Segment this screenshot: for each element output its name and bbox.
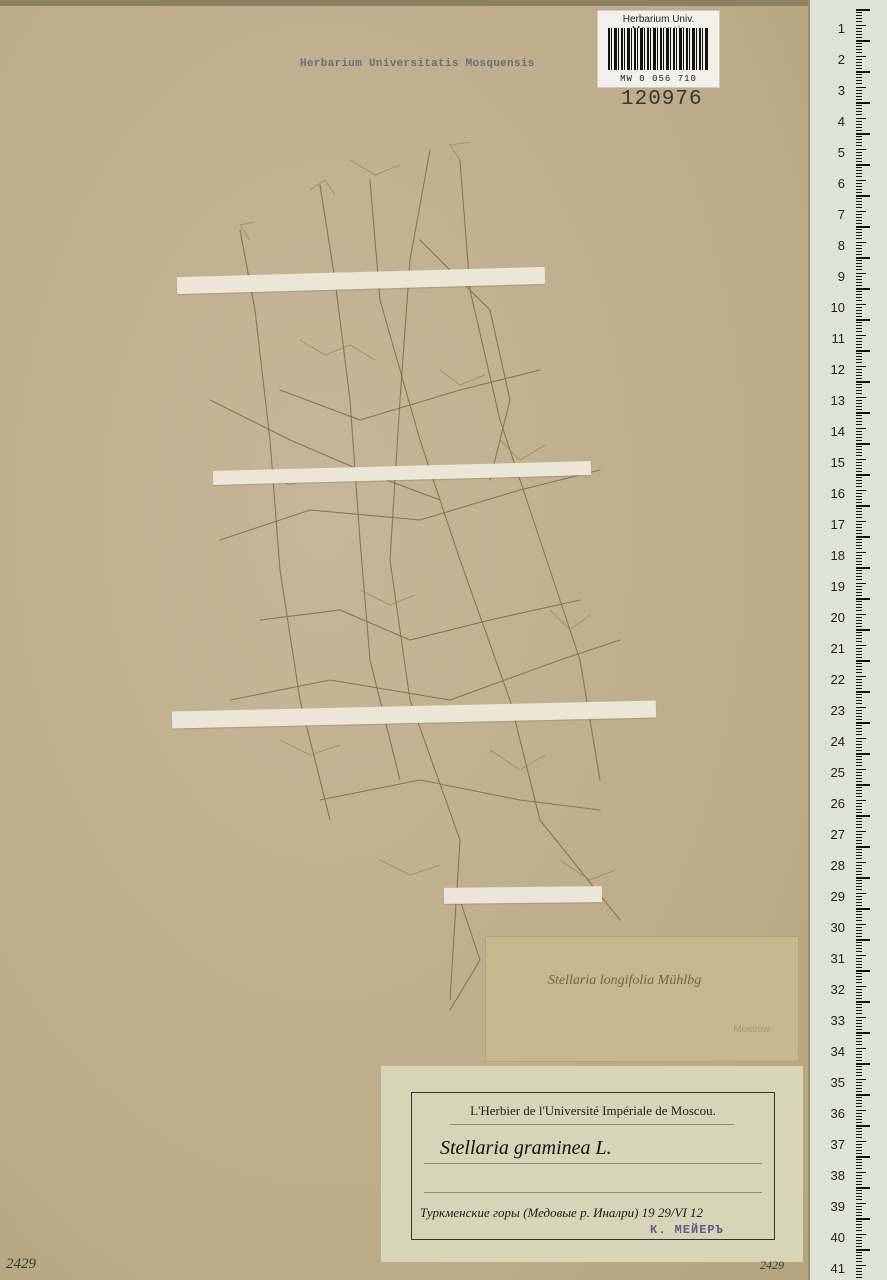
ruler-tick	[856, 350, 870, 352]
ruler-tick	[856, 468, 862, 469]
label-underline-3	[424, 1192, 762, 1193]
ruler-tick	[856, 474, 870, 476]
ruler-tick	[856, 989, 862, 990]
ruler-tick	[856, 446, 862, 447]
ruler-tick	[856, 592, 862, 593]
ruler-tick	[856, 598, 870, 600]
ruler-tick	[856, 893, 866, 894]
ruler-mark-label: 26	[815, 796, 845, 811]
ruler-tick	[856, 1007, 862, 1008]
ruler-tick	[856, 130, 862, 131]
ruler-tick	[856, 1134, 862, 1135]
ruler-tick	[856, 521, 866, 522]
ruler-mark-label: 33	[815, 1013, 845, 1028]
ruler-tick	[856, 970, 870, 972]
ruler-tick	[856, 1026, 862, 1027]
ruler-tick	[856, 821, 862, 822]
ruler-tick	[856, 700, 862, 701]
ruler-mark-label: 36	[815, 1106, 845, 1121]
ruler-tick	[856, 1277, 862, 1278]
ruler-tick	[856, 161, 862, 162]
ruler-tick	[856, 579, 862, 580]
ruler-tick	[856, 353, 862, 354]
ruler-tick	[856, 362, 862, 363]
ruler-tick	[856, 976, 862, 977]
ruler-tick	[856, 483, 862, 484]
ruler-tick	[856, 902, 862, 903]
ruler-tick	[856, 142, 862, 143]
ruler-tick	[856, 722, 870, 724]
ruler-tick	[856, 245, 862, 246]
ruler-tick	[856, 62, 862, 63]
ruler-tick	[856, 189, 862, 190]
ruler-mark-label: 29	[815, 889, 845, 904]
ruler-tick	[856, 1199, 862, 1200]
ruler-tick	[856, 1193, 862, 1194]
ruler-tick	[856, 927, 862, 928]
collector-stamp: К. МЕЙЕРЪ	[650, 1223, 724, 1237]
ruler-tick	[856, 753, 870, 755]
ruler-tick	[856, 1255, 862, 1256]
ruler-tick	[856, 769, 866, 770]
ruler-tick	[856, 238, 862, 239]
ruler-tick	[856, 1187, 870, 1189]
ruler-tick	[856, 180, 866, 181]
ruler-tick	[856, 939, 870, 941]
ruler-tick	[856, 418, 862, 419]
ruler-tick	[856, 552, 866, 553]
barcode-number: MW 0 056 710	[598, 74, 719, 84]
ruler-tick	[856, 790, 862, 791]
ruler-tick	[856, 920, 862, 921]
ruler-mark-label: 38	[815, 1168, 845, 1183]
ruler-tick	[856, 663, 862, 664]
ruler-tick	[856, 71, 870, 73]
ruler-tick	[856, 765, 862, 766]
ruler-tick	[856, 499, 862, 500]
ruler-mark-label: 21	[815, 641, 845, 656]
ruler-tick	[856, 452, 862, 453]
ruler-tick	[856, 1103, 862, 1104]
ruler-tick	[856, 1240, 862, 1241]
ruler-tick	[856, 1252, 862, 1253]
determination-stamp: Moscow	[733, 1024, 770, 1035]
ruler-mark-label: 17	[815, 517, 845, 532]
ruler-tick	[856, 300, 862, 301]
ruler-tick	[856, 558, 862, 559]
catalog-note-bottom-right: 2429	[760, 1258, 784, 1273]
ruler-tick	[856, 136, 862, 137]
ruler-tick	[856, 477, 862, 478]
ruler-tick	[856, 561, 862, 562]
ruler-tick	[856, 1234, 866, 1235]
ruler-tick	[856, 638, 862, 639]
ruler-tick	[856, 1054, 862, 1055]
ruler-tick	[856, 409, 862, 410]
ruler-tick	[856, 567, 870, 569]
ruler-tick	[856, 1268, 862, 1269]
ruler-tick	[856, 428, 866, 429]
cm-scale-ruler: 1234567891011121314151617181920212223242…	[808, 0, 887, 1280]
ruler-tick	[856, 1165, 862, 1166]
ruler-tick	[856, 465, 862, 466]
ruler-tick	[856, 108, 862, 109]
ruler-tick	[856, 1215, 862, 1216]
ruler-tick	[856, 948, 862, 949]
ruler-tick	[856, 1020, 862, 1021]
ruler-tick	[856, 266, 862, 267]
ruler-tick	[856, 772, 862, 773]
ruler-tick	[856, 824, 862, 825]
ruler-tick	[856, 623, 862, 624]
ruler-tick	[856, 406, 862, 407]
ruler-mark-label: 11	[815, 331, 845, 346]
ruler-tick	[856, 496, 862, 497]
ruler-tick	[856, 149, 866, 150]
ruler-tick	[856, 1128, 862, 1129]
ruler-tick	[856, 827, 862, 828]
ruler-tick	[856, 83, 862, 84]
ruler-tick	[856, 291, 862, 292]
label-underline-2	[424, 1163, 762, 1164]
ruler-tick	[856, 896, 862, 897]
ruler-tick	[856, 412, 870, 414]
barcode-icon	[608, 28, 709, 70]
ruler-tick	[856, 849, 862, 850]
ruler-tick	[856, 1261, 862, 1262]
ruler-tick	[856, 127, 862, 128]
ruler-tick	[856, 211, 866, 212]
institution-stamp: Herbarium Universitatis Mosquensis	[300, 58, 535, 70]
ruler-tick	[856, 1116, 862, 1117]
ruler-tick	[856, 1137, 862, 1138]
ruler-tick	[856, 930, 862, 931]
ruler-tick	[856, 880, 862, 881]
ruler-tick	[856, 818, 862, 819]
ruler-tick	[856, 787, 862, 788]
ruler-tick	[856, 589, 862, 590]
ruler-tick	[856, 325, 862, 326]
ruler-tick	[856, 437, 862, 438]
ruler-tick	[856, 192, 862, 193]
ruler-tick	[856, 1156, 870, 1158]
ruler-tick	[856, 1100, 862, 1101]
ruler-tick	[856, 1041, 862, 1042]
ruler-tick	[856, 1181, 862, 1182]
ruler-tick	[856, 1048, 866, 1049]
ruler-tick	[856, 9, 870, 11]
ruler-tick	[856, 868, 862, 869]
ruler-tick	[856, 793, 862, 794]
ruler-tick	[856, 508, 862, 509]
ruler-tick	[856, 1224, 862, 1225]
ruler-tick	[856, 232, 862, 233]
ruler-tick	[856, 1072, 862, 1073]
ruler-tick	[856, 967, 862, 968]
ruler-tick	[856, 874, 862, 875]
ruler-tick	[856, 18, 862, 19]
ruler-tick	[856, 25, 866, 26]
ruler-tick	[856, 573, 862, 574]
ruler-tick	[856, 204, 862, 205]
ruler-tick	[856, 617, 862, 618]
ruler-tick	[856, 114, 862, 115]
ruler-tick	[856, 1088, 862, 1089]
ruler-tick	[856, 1196, 862, 1197]
ruler-tick	[856, 424, 862, 425]
ruler-tick	[856, 397, 866, 398]
ruler-tick	[856, 285, 862, 286]
ruler-tick	[856, 378, 862, 379]
ruler-tick	[856, 1010, 862, 1011]
ruler-tick	[856, 31, 862, 32]
ruler-mark-label: 4	[815, 114, 845, 129]
ruler-tick	[856, 260, 862, 261]
ruler-tick	[856, 796, 862, 797]
ruler-tick	[856, 59, 862, 60]
ruler-tick	[856, 235, 862, 236]
ruler-tick	[856, 759, 862, 760]
ruler-tick	[856, 124, 862, 125]
ruler-tick	[856, 570, 862, 571]
ruler-tick	[856, 1221, 862, 1222]
ruler-tick	[856, 480, 862, 481]
ruler-tick	[856, 421, 862, 422]
ruler-tick	[856, 65, 862, 66]
ruler-tick	[856, 366, 866, 367]
ruler-mark-label: 16	[815, 486, 845, 501]
ruler-tick	[856, 738, 866, 739]
ruler-tick	[856, 1190, 862, 1191]
ruler-tick	[856, 660, 870, 662]
ruler-tick	[856, 1178, 862, 1179]
ruler-mark-label: 19	[815, 579, 845, 594]
ruler-tick	[856, 1063, 870, 1065]
ruler-tick	[856, 1131, 862, 1132]
ruler-tick	[856, 889, 862, 890]
ruler-tick	[856, 1125, 870, 1127]
ruler-tick	[856, 964, 862, 965]
ruler-tick	[856, 254, 862, 255]
ruler-tick	[856, 1162, 862, 1163]
ruler-tick	[856, 375, 862, 376]
ruler-tick	[856, 251, 862, 252]
ruler-tick	[856, 728, 862, 729]
ruler-tick	[856, 220, 862, 221]
ruler-mark-label: 37	[815, 1137, 845, 1152]
ruler-tick	[856, 1023, 862, 1024]
ruler-tick	[856, 669, 862, 670]
ruler-tick	[856, 781, 862, 782]
ruler-tick	[856, 49, 862, 50]
ruler-tick	[856, 1237, 862, 1238]
ruler-tick	[856, 840, 862, 841]
ruler-tick	[856, 626, 862, 627]
ruler-tick	[856, 176, 862, 177]
ruler-tick	[856, 691, 870, 693]
ruler-tick	[856, 462, 862, 463]
ruler-tick	[856, 105, 862, 106]
ruler-mark-label: 15	[815, 455, 845, 470]
ruler-tick	[856, 1017, 866, 1018]
ruler-tick	[856, 995, 862, 996]
ruler-tick	[856, 682, 862, 683]
ruler-tick	[856, 610, 862, 611]
ruler-tick	[856, 555, 862, 556]
ruler-tick	[856, 359, 862, 360]
ruler-tick	[856, 595, 862, 596]
ruler-tick	[856, 871, 862, 872]
ruler-tick	[856, 307, 862, 308]
ruler-tick	[856, 775, 862, 776]
ruler-mark-label: 14	[815, 424, 845, 439]
ruler-tick	[856, 800, 866, 801]
ruler-tick	[856, 387, 862, 388]
ruler-tick	[856, 449, 862, 450]
ruler-tick	[856, 1172, 866, 1173]
ruler-tick	[856, 52, 862, 53]
ruler-tick	[856, 1029, 862, 1030]
ruler-tick	[856, 133, 870, 135]
ruler-tick	[856, 877, 870, 879]
ruler-tick	[856, 719, 862, 720]
ruler-tick	[856, 679, 862, 680]
ruler-tick	[856, 648, 862, 649]
ruler-mark-label: 1	[815, 21, 845, 36]
ruler-tick	[856, 493, 862, 494]
ruler-tick	[856, 1097, 862, 1098]
ruler-tick	[856, 583, 866, 584]
ruler-tick	[856, 183, 862, 184]
ruler-tick	[856, 40, 870, 42]
ruler-tick	[856, 304, 866, 305]
ruler-tick	[856, 942, 862, 943]
ruler-tick	[856, 440, 862, 441]
ruler-tick	[856, 1001, 870, 1003]
sheet-top-edge	[0, 0, 808, 6]
ruler-tick	[856, 347, 862, 348]
ruler-tick	[856, 1106, 862, 1107]
label-frame: L'Herbier de l'Université Impériale de M…	[411, 1092, 775, 1240]
ruler-tick	[856, 979, 862, 980]
ruler-tick	[856, 666, 862, 667]
ruler-tick	[856, 263, 862, 264]
ruler-mark-label: 13	[815, 393, 845, 408]
ruler-tick	[856, 641, 862, 642]
ruler-tick	[856, 403, 862, 404]
ruler-tick	[856, 694, 862, 695]
ruler-tick	[856, 945, 862, 946]
ruler-tick	[856, 1153, 862, 1154]
ruler-tick	[856, 226, 870, 228]
ruler-tick	[856, 517, 862, 518]
ruler-tick	[856, 1032, 870, 1034]
ruler-tick	[856, 747, 862, 748]
ruler-tick	[856, 961, 862, 962]
ruler-tick	[856, 164, 870, 166]
mounting-tape-4	[444, 886, 602, 904]
ruler-tick	[856, 1060, 862, 1061]
ruler-tick	[856, 632, 862, 633]
ruler-tick	[856, 1168, 862, 1169]
barcode-label: Herbarium Univ. Mosquensis MW 0 056 710	[597, 10, 720, 88]
ruler-tick	[856, 514, 862, 515]
ruler-tick	[856, 486, 862, 487]
ruler-tick	[856, 455, 862, 456]
ruler-tick	[856, 502, 862, 503]
ruler-tick	[856, 697, 862, 698]
ruler-tick	[856, 313, 862, 314]
species-name: Stellaria graminea L.	[440, 1137, 612, 1160]
ruler-tick	[856, 548, 862, 549]
ruler-tick	[856, 1227, 862, 1228]
ruler-mark-label: 18	[815, 548, 845, 563]
ruler-tick	[856, 1013, 862, 1014]
ruler-tick	[856, 102, 870, 104]
ruler-mark-label: 32	[815, 982, 845, 997]
ruler-tick	[856, 564, 862, 565]
ruler-tick	[856, 645, 866, 646]
ruler-tick	[856, 328, 862, 329]
ruler-tick	[856, 384, 862, 385]
label-underline-1	[450, 1124, 734, 1125]
ruler-tick	[856, 982, 862, 983]
ruler-tick	[856, 310, 862, 311]
ruler-tick	[856, 269, 862, 270]
ruler-tick	[856, 837, 862, 838]
ruler-tick	[856, 614, 866, 615]
ruler-tick	[856, 908, 870, 910]
ruler-tick	[856, 381, 870, 383]
ruler-tick	[856, 604, 862, 605]
ruler-tick	[856, 883, 862, 884]
ruler-tick	[856, 229, 862, 230]
ruler-tick	[856, 288, 870, 290]
ruler-tick	[856, 1035, 862, 1036]
ruler-mark-label: 20	[815, 610, 845, 625]
ruler-tick	[856, 778, 862, 779]
ruler-tick	[856, 155, 862, 156]
ruler-tick	[856, 527, 862, 528]
ruler-tick	[856, 858, 862, 859]
ruler-tick	[856, 248, 862, 249]
ruler-mark-label: 10	[815, 300, 845, 315]
ruler-tick	[856, 1057, 862, 1058]
ruler-tick	[856, 145, 862, 146]
ruler-tick	[856, 1069, 862, 1070]
ruler-tick	[856, 276, 862, 277]
ruler-tick	[856, 369, 862, 370]
ruler-tick	[856, 688, 862, 689]
ruler-tick	[856, 744, 862, 745]
ruler-tick	[856, 685, 862, 686]
ruler-mark-label: 34	[815, 1044, 845, 1059]
accession-number: 120976	[621, 88, 703, 111]
ruler-tick	[856, 601, 862, 602]
ruler-tick	[856, 1159, 862, 1160]
ruler-mark-label: 30	[815, 920, 845, 935]
ruler-tick	[856, 1094, 870, 1096]
ruler-tick	[856, 710, 862, 711]
ruler-tick	[856, 713, 862, 714]
ruler-tick	[856, 716, 862, 717]
ruler-tick	[856, 607, 862, 608]
ruler-tick	[856, 905, 862, 906]
ruler-tick	[856, 173, 862, 174]
ruler-tick	[856, 390, 862, 391]
ruler-mark-label: 35	[815, 1075, 845, 1090]
ruler-tick	[856, 1144, 862, 1145]
